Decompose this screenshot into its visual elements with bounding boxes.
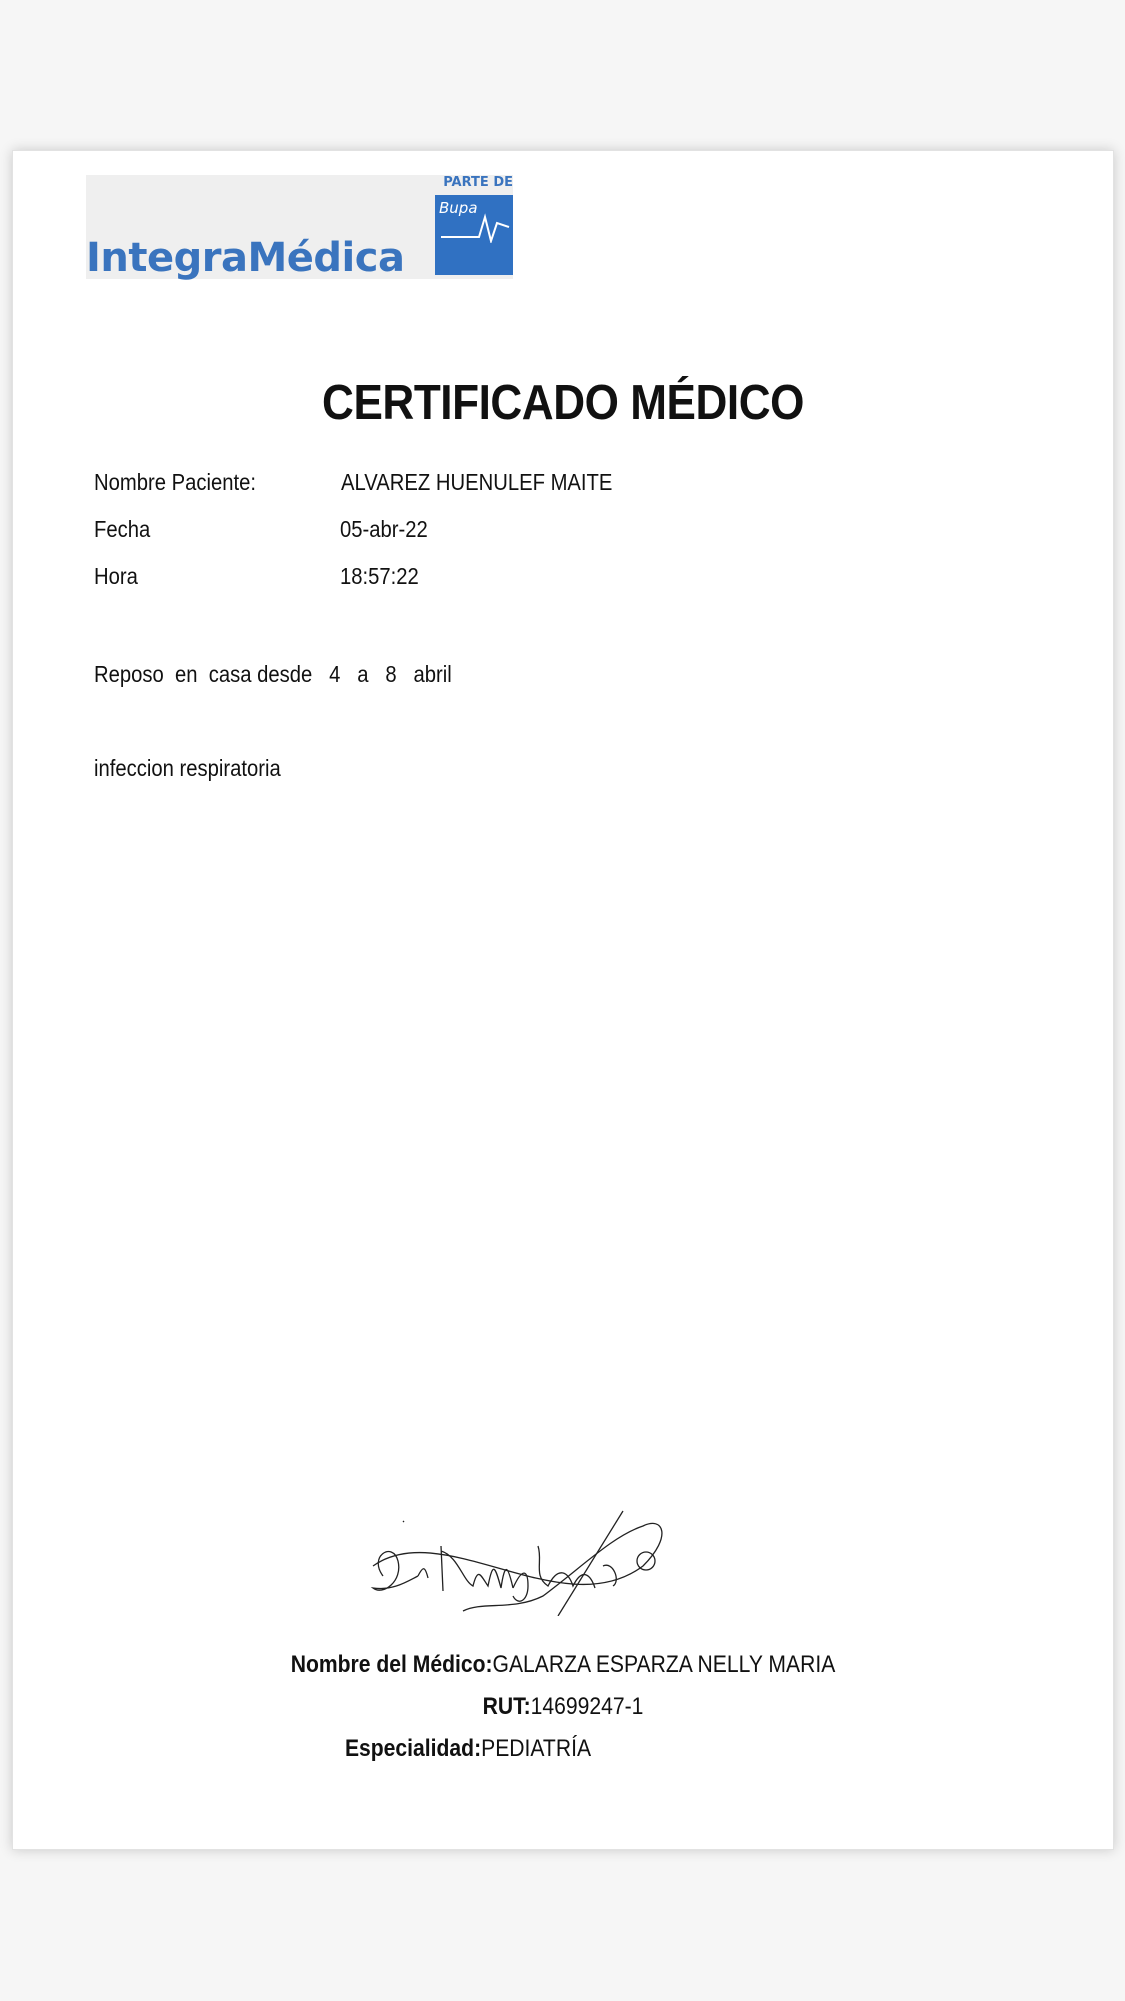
- brand-name: IntegraMédica: [86, 235, 404, 281]
- signature-icon: [363, 1506, 673, 1616]
- doctor-rut: 14699247-1: [531, 1693, 644, 1720]
- doctor-name-line: Nombre del Médico:GALARZA ESPARZA NELLY …: [79, 1651, 1047, 1679]
- integramedica-logo: IntegraMédica PARTE DE Bupa: [86, 175, 513, 279]
- time-value: 18:57:22: [340, 563, 419, 590]
- doctor-specialty-label: Especialidad:: [345, 1735, 481, 1762]
- rest-note: Reposo en casa desde 4 a 8 abril: [94, 661, 452, 688]
- diagnosis: infeccion respiratoria: [94, 755, 281, 782]
- doctor-specialty-line: Especialidad:PEDIATRÍA: [0, 1735, 952, 1763]
- doctor-rut-label: RUT:: [483, 1693, 531, 1720]
- heartbeat-icon: [439, 203, 511, 243]
- date-value: 05-abr-22: [340, 516, 428, 543]
- time-label: Hora: [94, 563, 138, 590]
- patient-name-value: ALVAREZ HUENULEF MAITE: [341, 469, 612, 496]
- doctor-name: GALARZA ESPARZA NELLY MARIA: [493, 1651, 836, 1678]
- certificate-page: IntegraMédica PARTE DE Bupa CERTIFICADO …: [12, 150, 1114, 1850]
- doctor-name-label: Nombre del Médico:: [291, 1651, 493, 1678]
- partner-caption: PARTE DE: [443, 175, 513, 190]
- date-label: Fecha: [94, 516, 150, 543]
- document-title: CERTIFICADO MÉDICO: [68, 375, 1058, 431]
- doctor-specialty: PEDIATRÍA: [481, 1735, 591, 1762]
- patient-name-label: Nombre Paciente:: [94, 469, 256, 496]
- bupa-logo: Bupa: [435, 195, 513, 275]
- doctor-rut-line: RUT:14699247-1: [79, 1693, 1047, 1721]
